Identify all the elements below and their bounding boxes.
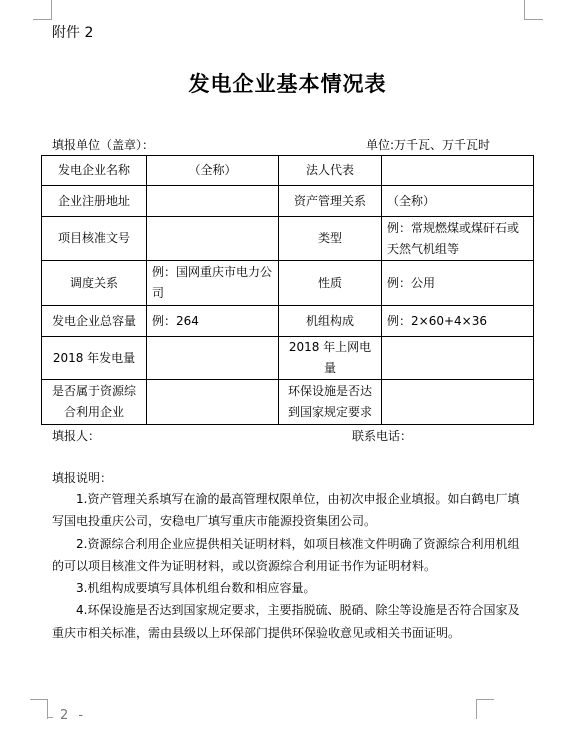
note-item: 1.资产管理关系填写在渝的最高管理权限单位，由初次申报企业填报。如白鹤电厂填写国… xyxy=(52,488,530,533)
field-type[interactable]: 例：常规燃煤或煤矸石或天然气机组等 xyxy=(382,217,534,261)
table-row: 发电企业名称 （全称） 法人代表 xyxy=(42,156,534,186)
field-approval-number[interactable] xyxy=(147,217,279,261)
info-table: 发电企业名称 （全称） 法人代表 企业注册地址 资产管理关系 （全称） 项目核准… xyxy=(41,155,534,425)
corner-mark-bottom-left xyxy=(30,699,48,719)
label-resource-utilization: 是否属于资源综合利用企业 xyxy=(42,380,147,425)
filler-unit-label: 填报单位（盖章）： xyxy=(52,136,154,153)
field-legal-rep[interactable] xyxy=(382,156,534,186)
label-environmental-compliance: 环保设施是否达到国家规定要求 xyxy=(279,380,382,425)
corner-mark-top-right xyxy=(524,0,543,20)
table-row: 调度关系 例：国网重庆市电力公司 性质 例：公用 xyxy=(42,261,534,306)
label-unit-composition: 机组构成 xyxy=(279,306,382,337)
field-total-capacity[interactable]: 例：264 xyxy=(147,306,279,337)
page-title: 发电企业基本情况表 xyxy=(0,68,575,98)
field-generation-2018[interactable] xyxy=(147,337,279,380)
label-approval-number: 项目核准文号 xyxy=(42,217,147,261)
corner-mark-bottom-left-tick xyxy=(47,717,53,718)
corner-mark-bottom-right xyxy=(476,699,494,719)
notes-list: 1.资产管理关系填写在渝的最高管理权限单位，由初次申报企业填报。如白鹤电厂填写国… xyxy=(52,488,530,644)
field-company-name[interactable]: （全称） xyxy=(147,156,279,186)
field-asset-relation[interactable]: （全称） xyxy=(382,186,534,217)
field-unit-composition[interactable]: 例：2×60+4×36 xyxy=(382,306,534,337)
unit-label: 单位:万千瓦、万千瓦时 xyxy=(366,136,490,153)
field-grid-supply-2018[interactable] xyxy=(382,337,534,380)
note-item: 3.机组构成要填写具体机组台数和相应容量。 xyxy=(52,577,530,599)
page-number: 2 - xyxy=(60,708,86,723)
note-item: 2.资源综合利用企业应提供相关证明材料，如项目核准文件明确了资源综合利用机组的可… xyxy=(52,533,530,578)
label-company-name: 发电企业名称 xyxy=(42,156,147,186)
label-total-capacity: 发电企业总容量 xyxy=(42,306,147,337)
label-asset-relation: 资产管理关系 xyxy=(279,186,382,217)
field-dispatch[interactable]: 例：国网重庆市电力公司 xyxy=(147,261,279,306)
field-registered-address[interactable] xyxy=(147,186,279,217)
label-type: 类型 xyxy=(279,217,382,261)
attachment-label: 附件 2 xyxy=(52,22,93,42)
field-resource-utilization[interactable] xyxy=(147,380,279,425)
label-legal-rep: 法人代表 xyxy=(279,156,382,186)
table-row: 发电企业总容量 例：264 机组构成 例：2×60+4×36 xyxy=(42,306,534,337)
label-grid-supply-2018: 2018 年上网电量 xyxy=(279,337,382,380)
table-row: 是否属于资源综合利用企业 环保设施是否达到国家规定要求 xyxy=(42,380,534,425)
field-nature[interactable]: 例：公用 xyxy=(382,261,534,306)
corner-mark-top-left xyxy=(33,0,52,20)
filler-label: 填报人： xyxy=(52,427,100,444)
table-row: 项目核准文号 类型 例：常规燃煤或煤矸石或天然气机组等 xyxy=(42,217,534,261)
label-nature: 性质 xyxy=(279,261,382,306)
label-registered-address: 企业注册地址 xyxy=(42,186,147,217)
phone-label: 联系电话： xyxy=(352,427,412,444)
notes-title: 填报说明： xyxy=(52,469,112,486)
table-row: 企业注册地址 资产管理关系 （全称） xyxy=(42,186,534,217)
label-generation-2018: 2018 年发电量 xyxy=(42,337,147,380)
label-dispatch: 调度关系 xyxy=(42,261,147,306)
note-item: 4.环保设施是否达到国家规定要求，主要指脱硫、脱硝、除尘等设施是否符合国家及重庆… xyxy=(52,599,530,644)
field-environmental-compliance[interactable] xyxy=(382,380,534,425)
table-row: 2018 年发电量 2018 年上网电量 xyxy=(42,337,534,380)
